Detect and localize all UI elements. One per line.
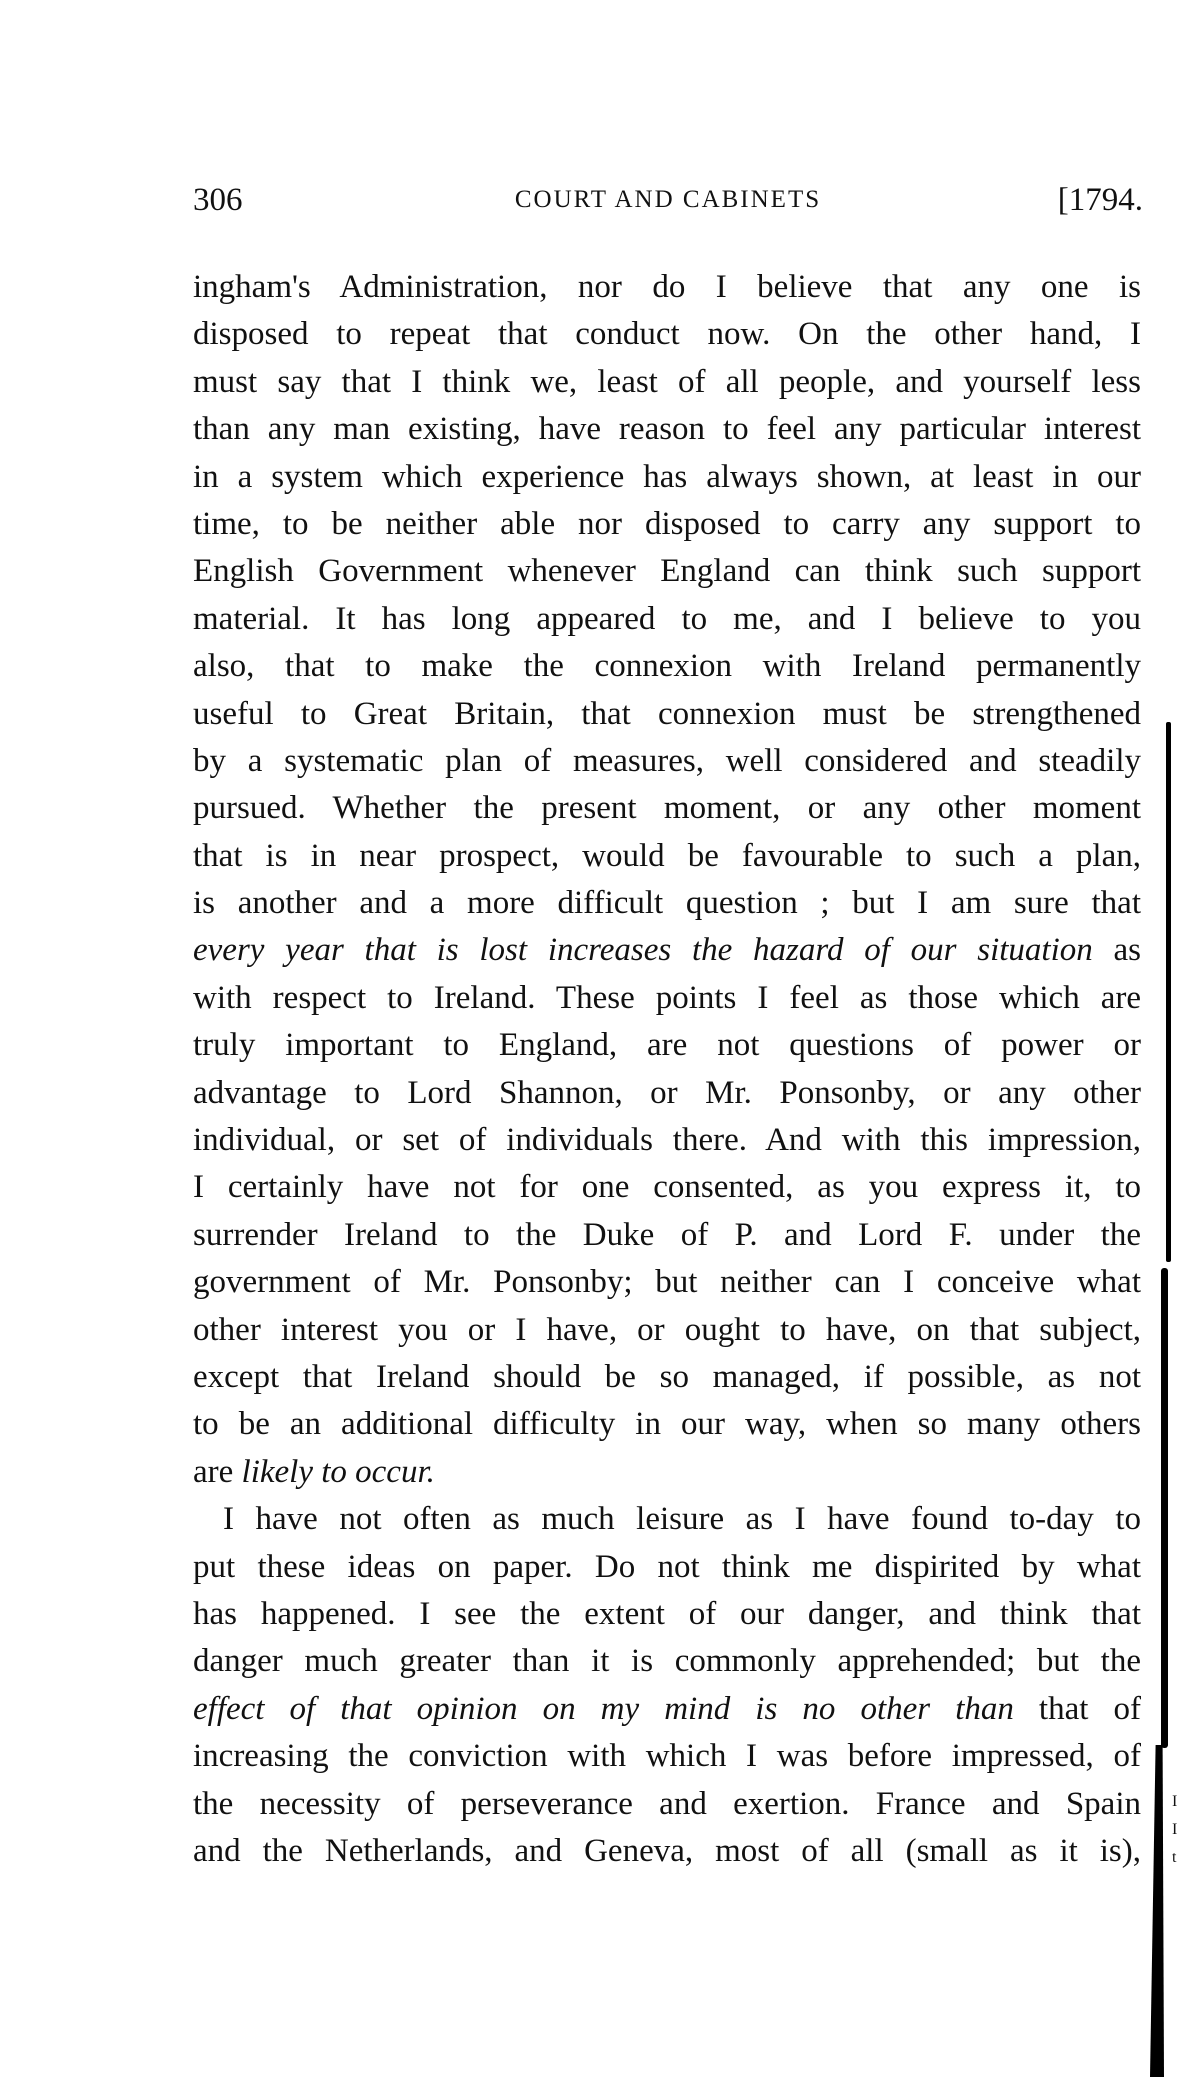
text-line: time, to be neither able nor disposed to… <box>193 501 1141 548</box>
text-line: useful to Great Britain, that connexion … <box>193 691 1141 738</box>
text-line: material. It has long appeared to me, an… <box>193 596 1141 643</box>
text-line: except that Ireland should be so managed… <box>193 1354 1141 1401</box>
text-line: the necessity of perseverance and exerti… <box>193 1781 1141 1828</box>
text-line: pursued. Whether the present moment, or … <box>193 785 1141 832</box>
text-line: in a system which experience has always … <box>193 454 1141 501</box>
book-gutter-shadow <box>1161 1268 1168 1748</box>
text-line: is another and a more difficult question… <box>193 880 1141 927</box>
text-line: individual, or set of individuals there.… <box>193 1117 1141 1164</box>
text-line: to be an additional difficulty in our wa… <box>193 1401 1141 1448</box>
italic-emphasis: effect of that opinion on my mind is no … <box>193 1691 1014 1727</box>
text-line: must say that I think we, least of all p… <box>193 359 1141 406</box>
facing-page-edge-text: I I t <box>1172 1788 1179 1872</box>
text-line: surrender Ireland to the Duke of P. and … <box>193 1212 1141 1259</box>
running-title: COURT AND CABINETS <box>193 178 1143 222</box>
italic-emphasis: every year that is lost increases the ha… <box>193 932 1093 968</box>
text-line: and the Netherlands, and Geneva, most of… <box>193 1828 1141 1875</box>
text-line: other interest you or I have, or ought t… <box>193 1307 1141 1354</box>
running-header: 306 COURT AND CABINETS [1794. <box>193 178 1143 222</box>
text-line: English Government whenever England can … <box>193 548 1141 595</box>
italic-emphasis: likely to occur. <box>242 1454 435 1490</box>
text-line: also, that to make the connexion with Ir… <box>193 643 1141 690</box>
text-line: I certainly have not for one consented, … <box>193 1164 1141 1211</box>
book-gutter-shadow <box>1166 722 1171 1262</box>
text-line: disposed to repeat that conduct now. On … <box>193 311 1141 358</box>
year-marker: [1794. <box>1058 178 1143 222</box>
text-line: with respect to Ireland. These points I … <box>193 975 1141 1022</box>
text-line: increasing the conviction with which I w… <box>193 1733 1141 1780</box>
paragraph-start-line: I have not often as much leisure as I ha… <box>193 1496 1141 1543</box>
text-line: by a systematic plan of measures, well c… <box>193 738 1141 785</box>
text-line: advantage to Lord Shannon, or Mr. Ponson… <box>193 1070 1141 1117</box>
text-line-italic-emphasis: effect of that opinion on my mind is no … <box>193 1686 1141 1733</box>
text-line-italic-emphasis: every year that is lost increases the ha… <box>193 927 1141 974</box>
text-line: truly important to England, are not ques… <box>193 1022 1141 1069</box>
book-gutter-shadow <box>1150 1745 1164 2077</box>
text-line: that is in near prospect, would be favou… <box>193 833 1141 880</box>
text-line: government of Mr. Ponsonby; but neither … <box>193 1259 1141 1306</box>
paragraph-end-line: are likely to occur. <box>193 1449 1141 1496</box>
text-line: danger much greater than it is commonly … <box>193 1638 1141 1685</box>
text-line: ingham's Administration, nor do I believ… <box>193 264 1141 311</box>
body-text: ingham's Administration, nor do I believ… <box>193 264 1141 1875</box>
text-line: has happened. I see the extent of our da… <box>193 1591 1141 1638</box>
text-line: put these ideas on paper. Do not think m… <box>193 1544 1141 1591</box>
text-line: than any man existing, have reason to fe… <box>193 406 1141 453</box>
